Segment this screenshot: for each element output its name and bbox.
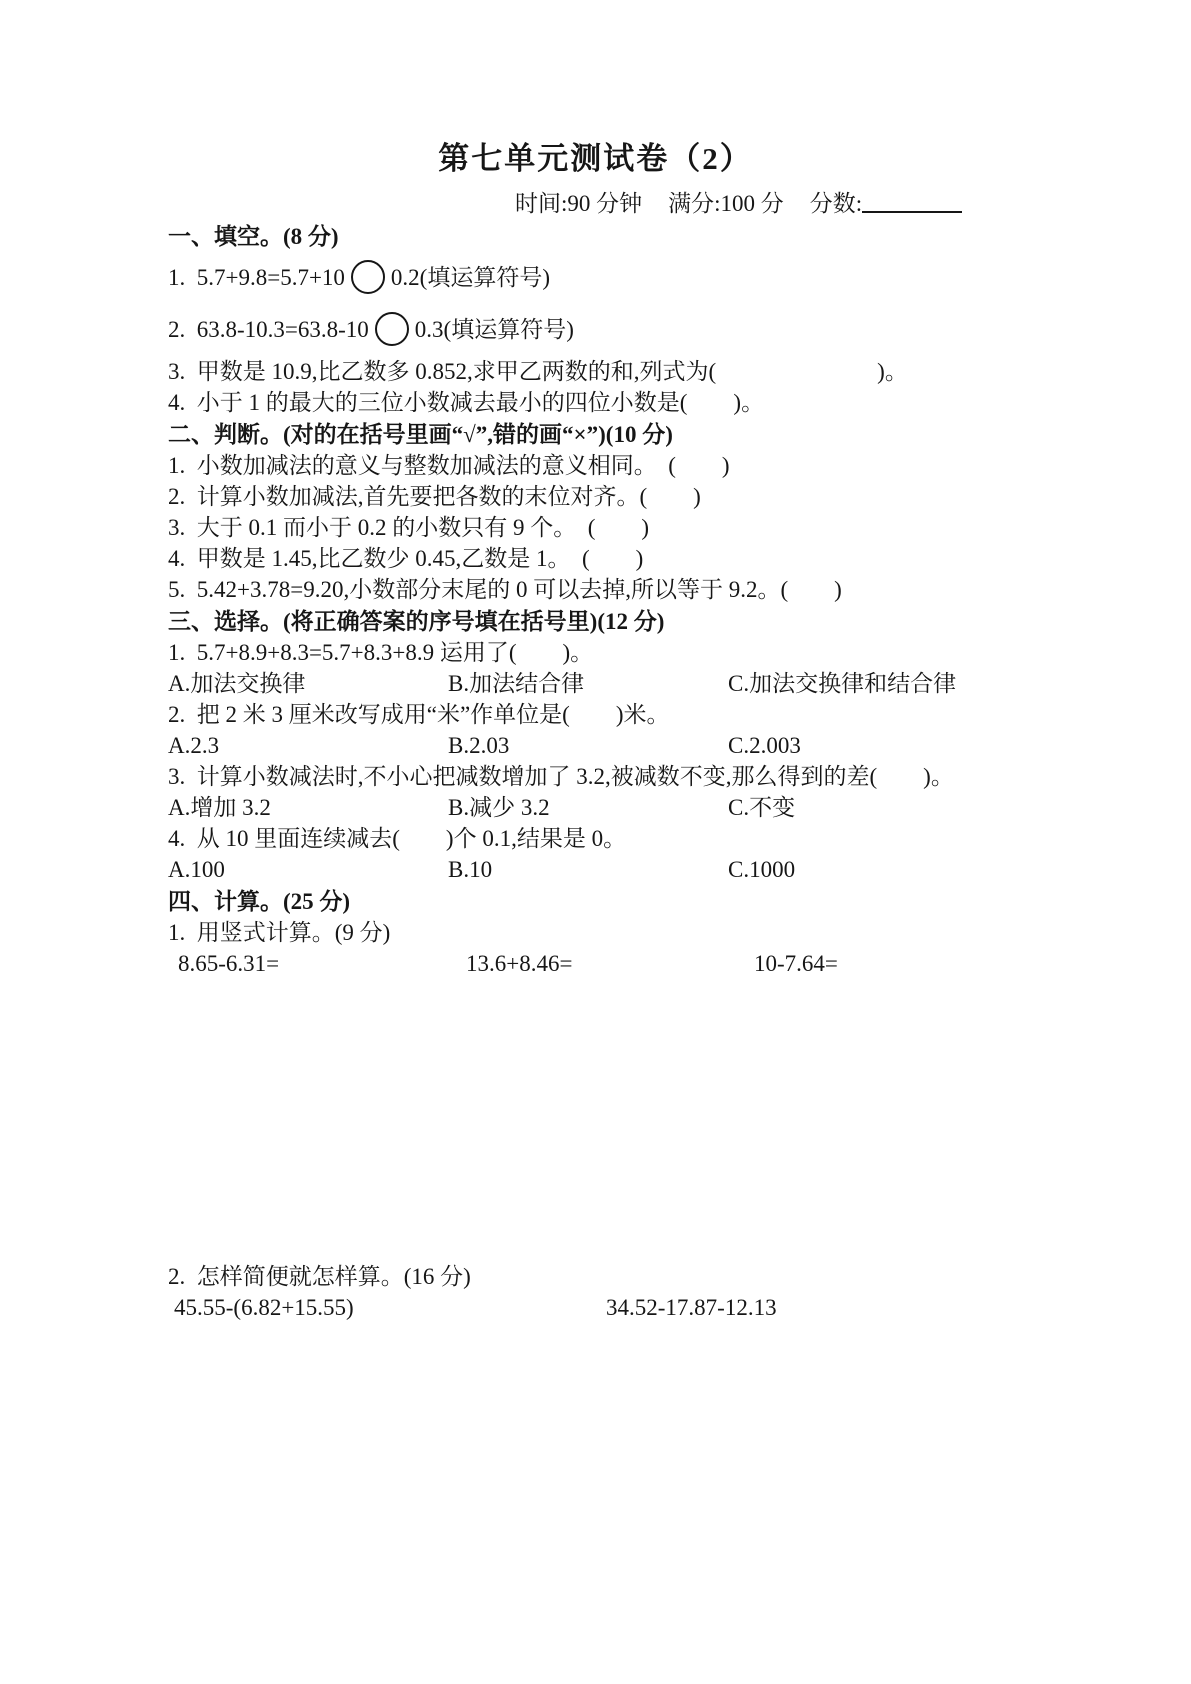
vertical-calc-expression-2: 13.6+8.46= [466,948,754,979]
calc-sub2-heading: 2. 怎样简便就怎样算。(16 分) [168,1261,1051,1292]
choice-q4-option-b: B.10 [448,854,728,885]
choice-question-1: 1. 5.7+8.9+8.3=5.7+8.3+8.9 运用了( )。 [168,637,1051,668]
choice-q1-option-b: B.加法结合律 [448,668,728,699]
choice-q3-option-c: C.不变 [728,792,1051,823]
judge-item-3: 3. 大于 0.1 而小于 0.2 的小数只有 9 个。 ( ) [168,512,1051,543]
section-choice-heading: 三、选择。(将正确答案的序号填在括号里)(12 分) [168,606,1051,637]
choice-question-2: 2. 把 2 米 3 厘米改写成用“米”作单位是( )米。 [168,699,1051,730]
simplify-expression-1: 45.55-(6.82+15.55) [174,1292,606,1323]
choice-q2-options: A.2.3 B.2.03 C.2.003 [168,730,1051,761]
fill-question-4: 4. 小于 1 的最大的三位小数减去最小的四位小数是( )。 [168,387,1051,418]
score-label: 分数: [810,191,862,216]
operator-circle-icon [375,312,409,346]
vertical-calc-expression-1: 8.65-6.31= [178,948,466,979]
paper-body: 一、填空。(8 分) 1. 5.7+9.8=5.7+100.2(填运算符号) 2… [168,221,1051,1323]
choice-q2-option-a: A.2.3 [168,730,448,761]
calc-sub1-expressions: 8.65-6.31= 13.6+8.46= 10-7.64= [178,948,1051,979]
simplify-expression-2: 34.52-17.87-12.13 [606,1292,1051,1323]
fill-question-3: 3. 甲数是 10.9,比乙数多 0.852,求甲乙两数的和,列式为( )。 [168,356,1051,387]
fill-q2-post: 0.3(填运算符号) [415,317,574,342]
fill-question-1: 1. 5.7+9.8=5.7+100.2(填运算符号) [168,252,1051,304]
choice-q4-option-a: A.100 [168,854,448,885]
choice-q1-options: A.加法交换律 B.加法结合律 C.加法交换律和结合律 [168,668,1051,699]
full-score-label: 满分:100 分 [668,191,784,216]
judge-item-4: 4. 甲数是 1.45,比乙数少 0.45,乙数是 1。 ( ) [168,543,1051,574]
fill-q2-pre: 2. 63.8-10.3=63.8-10 [168,317,369,342]
fill-question-2: 2. 63.8-10.3=63.8-100.3(填运算符号) [168,304,1051,356]
choice-q2-option-b: B.2.03 [448,730,728,761]
time-label: 时间:90 分钟 [515,191,642,216]
choice-q1-option-a: A.加法交换律 [168,668,448,699]
work-space [168,979,1051,1261]
score-blank-line [862,191,962,213]
judge-item-5: 5. 5.42+3.78=9.20,小数部分末尾的 0 可以去掉,所以等于 9.… [168,574,1051,605]
choice-q4-options: A.100 B.10 C.1000 [168,854,1051,885]
choice-question-4: 4. 从 10 里面连续减去( )个 0.1,结果是 0。 [168,823,1051,854]
choice-q3-option-a: A.增加 3.2 [168,792,448,823]
judge-item-2: 2. 计算小数加减法,首先要把各数的末位对齐。( ) [168,481,1051,512]
operator-circle-icon [351,260,385,294]
judge-item-1: 1. 小数加减法的意义与整数加减法的意义相同。 ( ) [168,450,1051,481]
paper-meta: 时间:90 分钟满分:100 分分数: [515,188,1191,220]
test-paper-page: 第七单元测试卷（2） 时间:90 分钟满分:100 分分数: 一、填空。(8 分… [0,0,1191,1684]
section-fill-heading: 一、填空。(8 分) [168,221,1051,252]
section-judge-heading: 二、判断。(对的在括号里画“√”,错的画“×”)(10 分) [168,419,1051,450]
choice-question-3: 3. 计算小数减法时,不小心把减数增加了 3.2,被减数不变,那么得到的差( )… [168,761,1051,792]
choice-q3-options: A.增加 3.2 B.减少 3.2 C.不变 [168,792,1051,823]
calc-sub1-heading: 1. 用竖式计算。(9 分) [168,917,1051,948]
section-calc-heading: 四、计算。(25 分) [168,886,1051,917]
choice-q2-option-c: C.2.003 [728,730,1051,761]
choice-q3-option-b: B.减少 3.2 [448,792,728,823]
fill-q1-post: 0.2(填运算符号) [391,265,550,290]
choice-q1-option-c: C.加法交换律和结合律 [728,668,1051,699]
calc-sub2-expressions: 45.55-(6.82+15.55) 34.52-17.87-12.13 [174,1292,1051,1323]
fill-q1-pre: 1. 5.7+9.8=5.7+10 [168,265,345,290]
page-title: 第七单元测试卷（2） [0,0,1191,180]
vertical-calc-expression-3: 10-7.64= [754,948,1051,979]
choice-q4-option-c: C.1000 [728,854,1051,885]
